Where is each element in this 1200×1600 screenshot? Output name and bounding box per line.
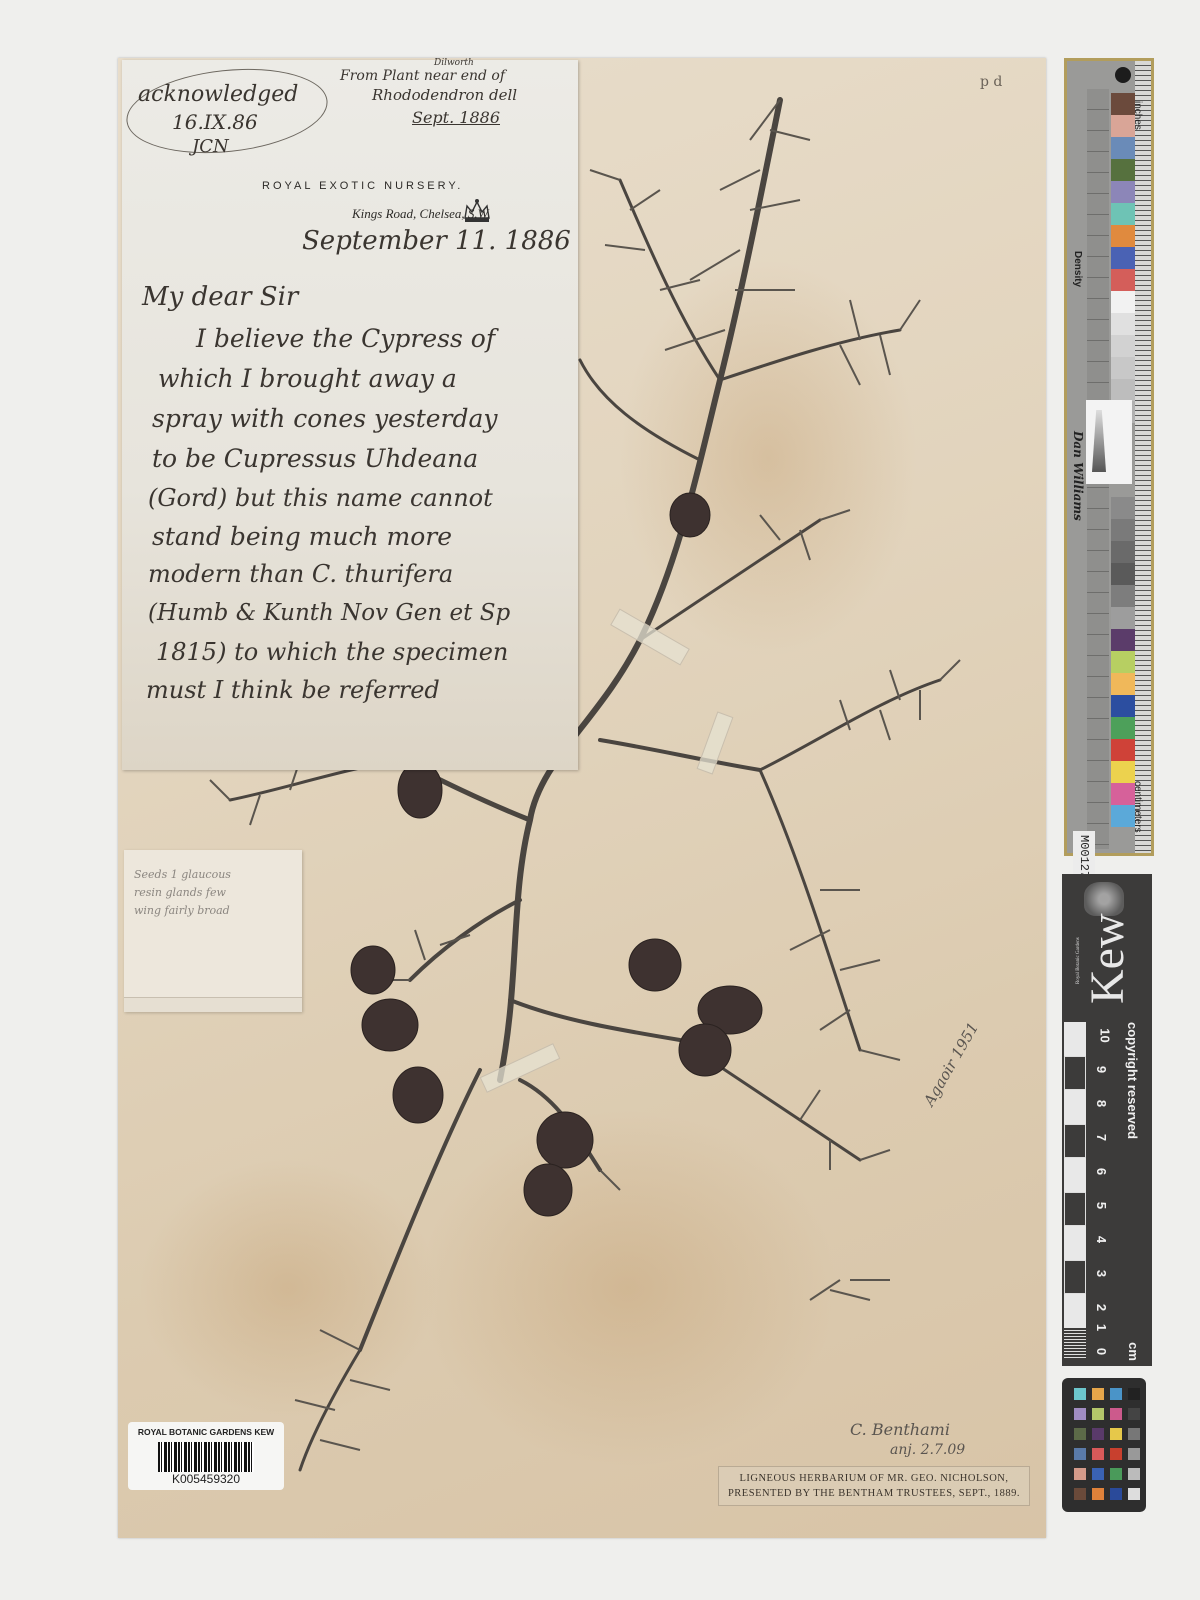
checker-swatch — [1110, 1388, 1122, 1400]
checker-swatch — [1074, 1408, 1086, 1420]
cm-6: 6 — [1094, 1168, 1109, 1175]
label-line-1: LIGNEOUS HERBARIUM OF MR. GEO. NICHOLSON… — [719, 1471, 1029, 1486]
checker-swatch — [1128, 1388, 1140, 1400]
letter-line-7: modern than C. thurifera — [148, 560, 453, 588]
acknowledged-text: acknowledged — [138, 82, 298, 107]
determination-name: C. Benthami — [850, 1420, 950, 1439]
cm-4: 4 — [1094, 1236, 1109, 1243]
label-line-2: PRESENTED BY THE BENTHAM TRUSTEES, SEPT.… — [719, 1486, 1029, 1501]
top-note-line-2: Rhododendron dell — [372, 86, 517, 104]
cm-8: 8 — [1094, 1100, 1109, 1107]
cm-2: 2 — [1094, 1304, 1109, 1311]
checker-swatch — [1074, 1428, 1086, 1440]
checker-swatch — [1092, 1468, 1104, 1480]
checker-swatch — [1092, 1388, 1104, 1400]
letter-line-4: to be Cupressus Uhdeana — [152, 444, 478, 473]
corner-mark: p d — [980, 74, 1002, 90]
checker-swatch — [1128, 1428, 1140, 1440]
letter-line-10: must I think be referred — [146, 676, 440, 704]
kew-scale-bar: Kew Royal Botanic Gardens copyright rese… — [1062, 874, 1152, 1366]
cm-5: 5 — [1094, 1202, 1109, 1209]
checker-swatch — [1110, 1488, 1122, 1500]
checker-swatch — [1128, 1468, 1140, 1480]
checker-swatch — [1074, 1448, 1086, 1460]
gray-reference-card — [1086, 400, 1132, 484]
inch-cm-ruler — [1135, 61, 1151, 853]
letter: acknowledged 16.IX.86 JCN From Plant nea… — [122, 60, 578, 770]
cm-0: 0 — [1094, 1348, 1109, 1355]
checker-swatch — [1092, 1408, 1104, 1420]
checker-swatch — [1110, 1468, 1122, 1480]
barcode-label: ROYAL BOTANIC GARDENS KEW K005459320 — [128, 1422, 284, 1490]
letter-line-1: I believe the Cypress of — [196, 324, 495, 353]
checker-swatch — [1110, 1408, 1122, 1420]
checker-swatch — [1110, 1428, 1122, 1440]
letter-date: September 11. 1886 — [302, 226, 571, 256]
checker-swatch — [1074, 1468, 1086, 1480]
top-note-insert: Dilworth — [434, 58, 474, 68]
acknowledged-date: 16.IX.86 — [172, 110, 258, 134]
kew-crest-icon — [1084, 882, 1124, 916]
cm-1: 1 — [1094, 1324, 1109, 1331]
cm-9: 9 — [1094, 1066, 1109, 1073]
checker-swatch — [1092, 1488, 1104, 1500]
nicholson-herbarium-label: LIGNEOUS HERBARIUM OF MR. GEO. NICHOLSON… — [718, 1466, 1030, 1506]
checker-swatch — [1110, 1448, 1122, 1460]
top-note-date: Sept. 1886 — [412, 108, 500, 127]
letter-line-8: (Humb & Kunth Nov Gen et Sp — [148, 600, 510, 626]
color-checker — [1062, 1378, 1146, 1512]
gray-wedge — [1092, 410, 1106, 472]
salutation: My dear Sir — [142, 282, 298, 312]
cm-7: 7 — [1094, 1134, 1109, 1141]
determination-date: anj. 2.7.09 — [890, 1442, 965, 1458]
checker-swatch — [1128, 1488, 1140, 1500]
centimeters-label: centimeters — [1132, 781, 1143, 833]
checker-swatch — [1092, 1448, 1104, 1460]
barcode-institution: ROYAL BOTANIC GARDENS KEW — [128, 1427, 284, 1437]
maker-label: Dan Williams — [1071, 431, 1085, 521]
pencil-note-card: Seeds 1 glaucous resin glands few wing f… — [124, 850, 302, 1012]
note-line-3: wing fairly broad — [134, 904, 230, 917]
inches-label: inches — [1132, 101, 1143, 130]
cm-10: 10 — [1098, 1028, 1113, 1042]
kew-logo-sub: Royal Botanic Gardens — [1076, 937, 1081, 984]
letter-line-3: spray with cones yesterday — [152, 404, 498, 433]
checker-swatch — [1128, 1448, 1140, 1460]
checker-swatch — [1074, 1388, 1086, 1400]
note-line-2: resin glands few — [134, 886, 226, 899]
letter-line-9: 1815) to which the specimen — [156, 638, 508, 666]
copyright-text: copyright reserved — [1125, 1022, 1140, 1139]
cm-ticks — [1062, 1022, 1088, 1358]
letter-line-5: (Gord) but this name cannot — [148, 484, 493, 512]
barcode — [158, 1442, 254, 1472]
barcode-number: K005459320 — [128, 1472, 284, 1486]
letterhead-address: Kings Road, Chelsea, S.W. — [352, 206, 491, 222]
registration-dot — [1115, 67, 1131, 83]
cm-3: 3 — [1094, 1270, 1109, 1277]
letterhead: ROYAL EXOTIC NURSERY. — [262, 180, 463, 192]
cm-unit: cm — [1126, 1342, 1141, 1361]
acknowledged-initials: JCN — [192, 136, 229, 157]
kew-logo: Kew — [1080, 913, 1135, 1004]
letter-line-2: which I brought away a — [158, 364, 457, 393]
checker-swatch — [1092, 1428, 1104, 1440]
density-label: Density — [1072, 251, 1083, 287]
top-note-line-1: From Plant near end of — [340, 68, 505, 84]
checker-swatch — [1074, 1488, 1086, 1500]
note-line-1: Seeds 1 glaucous — [134, 868, 231, 881]
card-fold — [124, 997, 302, 1012]
letter-line-6: stand being much more — [152, 522, 452, 551]
checker-swatch — [1128, 1408, 1140, 1420]
